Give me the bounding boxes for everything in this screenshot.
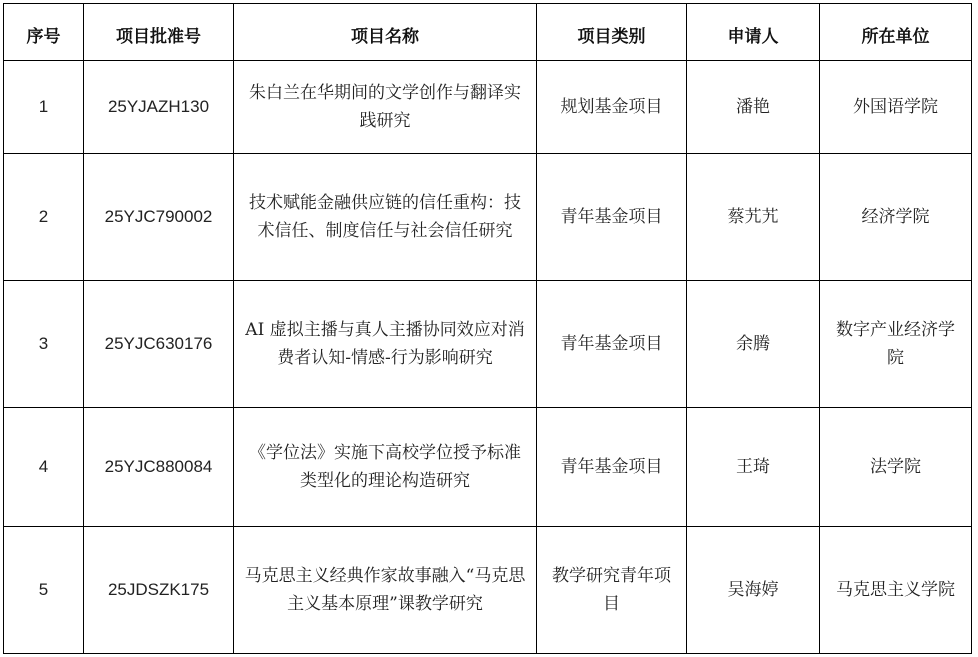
- table-row: 3 25YJC630176 AI 虚拟主播与真人主播协同效应对消费者认知-情感-…: [4, 281, 972, 408]
- cell-unit: 经济学院: [820, 154, 972, 281]
- cell-applicant: 王琦: [687, 408, 820, 527]
- cell-no: 3: [4, 281, 84, 408]
- table-row: 4 25YJC880084 《学位法》实施下高校学位授予标准类型化的理论构造研究…: [4, 408, 972, 527]
- cell-code: 25YJC630176: [84, 281, 234, 408]
- cell-category: 青年基金项目: [537, 154, 687, 281]
- cell-name: 马克思主义经典作家故事融入“马克思主义基本原理”课教学研究: [234, 527, 537, 654]
- cell-code: 25YJC880084: [84, 408, 234, 527]
- cell-category: 教学研究青年项目: [537, 527, 687, 654]
- cell-unit: 法学院: [820, 408, 972, 527]
- projects-table: 序号 项目批准号 项目名称 项目类别 申请人 所在单位 1 25YJAZH130…: [3, 3, 972, 654]
- header-code: 项目批准号: [84, 4, 234, 61]
- cell-unit: 外国语学院: [820, 61, 972, 154]
- cell-applicant: 潘艳: [687, 61, 820, 154]
- cell-no: 4: [4, 408, 84, 527]
- cell-no: 5: [4, 527, 84, 654]
- cell-name: 朱白兰在华期间的文学创作与翻译实践研究: [234, 61, 537, 154]
- cell-applicant: 余腾: [687, 281, 820, 408]
- cell-code: 25JDSZK175: [84, 527, 234, 654]
- table-row: 1 25YJAZH130 朱白兰在华期间的文学创作与翻译实践研究 规划基金项目 …: [4, 61, 972, 154]
- cell-name: 技术赋能金融供应链的信任重构：技术信任、制度信任与社会信任研究: [234, 154, 537, 281]
- cell-category: 青年基金项目: [537, 408, 687, 527]
- cell-code: 25YJAZH130: [84, 61, 234, 154]
- header-no: 序号: [4, 4, 84, 61]
- cell-name: 《学位法》实施下高校学位授予标准类型化的理论构造研究: [234, 408, 537, 527]
- cell-no: 2: [4, 154, 84, 281]
- cell-code: 25YJC790002: [84, 154, 234, 281]
- header-applicant: 申请人: [687, 4, 820, 61]
- cell-name: AI 虚拟主播与真人主播协同效应对消费者认知-情感-行为影响研究: [234, 281, 537, 408]
- table-row: 2 25YJC790002 技术赋能金融供应链的信任重构：技术信任、制度信任与社…: [4, 154, 972, 281]
- header-row: 序号 项目批准号 项目名称 项目类别 申请人 所在单位: [4, 4, 972, 61]
- cell-unit: 数字产业经济学院: [820, 281, 972, 408]
- header-category: 项目类别: [537, 4, 687, 61]
- table-row: 5 25JDSZK175 马克思主义经典作家故事融入“马克思主义基本原理”课教学…: [4, 527, 972, 654]
- header-name: 项目名称: [234, 4, 537, 61]
- header-unit: 所在单位: [820, 4, 972, 61]
- cell-applicant: 吴海婷: [687, 527, 820, 654]
- cell-unit: 马克思主义学院: [820, 527, 972, 654]
- cell-no: 1: [4, 61, 84, 154]
- cell-applicant: 蔡艽艽: [687, 154, 820, 281]
- cell-category: 规划基金项目: [537, 61, 687, 154]
- cell-category: 青年基金项目: [537, 281, 687, 408]
